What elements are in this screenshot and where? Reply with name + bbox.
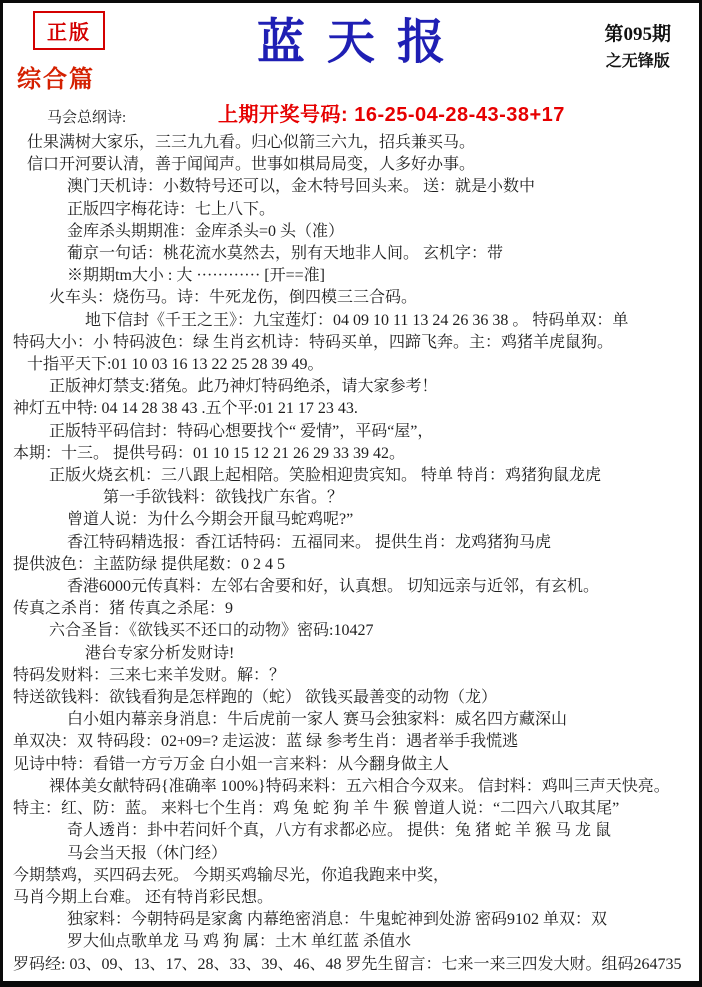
issue-block: 第095期 之无锋版: [604, 19, 671, 71]
text-line: 葡京一句话：桃花流水莫然去，别有天地非人间。 玄机字：带: [9, 243, 695, 265]
text-line: 单双决：双 特码段：02+09=? 走运波：蓝 绿 参考生肖：遇者举手我慌逃: [9, 731, 695, 753]
report-header: 正版 蓝天报 第095期 之无锋版 综合篇 马会总纲诗: 上期开奖号码: 16-…: [3, 3, 699, 131]
text-line: 白小姐内幕亲身消息：牛后虎前一家人 赛马会独家料：威名四方藏深山: [9, 709, 695, 731]
text-line: 特码大小：小 特码波色：绿 生肖玄机诗：特码买单，四蹄飞奔。主：鸡猪羊虎鼠狗。: [9, 332, 695, 354]
text-line: 提供波色：主蓝防绿 提供尾数：0 2 4 5: [9, 554, 695, 576]
text-line: 裸体美女献特码{准确率 100%}特码来料：五六相合今双来。 信封料：鸡叫三声天…: [9, 776, 695, 798]
text-line: 信口开河要认清，善于闻闻声。世事如棋局局变，人多好办事。: [9, 154, 695, 176]
report-page: 正版 蓝天报 第095期 之无锋版 综合篇 马会总纲诗: 上期开奖号码: 16-…: [0, 0, 702, 987]
text-line: 特主：红、防：蓝。 来料七个生肖：鸡 兔 蛇 狗 羊 牛 猴 曾道人说：“二四六…: [9, 798, 695, 820]
edition-name: 之无锋版: [604, 48, 671, 71]
issue-number: 第095期: [604, 19, 671, 46]
text-line: 今期禁鸡，买四码去死。 今期买鸡输尽光，你追我跑来中奖，: [9, 865, 695, 887]
text-line: 地下信封《千王之王》：九宝莲灯：04 09 10 11 13 24 26 36 …: [9, 310, 695, 332]
text-line: 澳门天机诗：小数特号还可以，金木特号回头来。 送：就是小数中: [9, 176, 695, 198]
text-line: 神灯五中特: 04 14 28 38 43 .五个平:01 21 17 23 4…: [9, 398, 695, 420]
text-line: 马会当天报（休门经）: [9, 843, 695, 865]
text-line: 正版四字梅花诗：七上八下。: [9, 199, 695, 221]
text-line: 仕果满树大家乐，三三九九看。归心似箭三六九，招兵兼买马。: [9, 132, 695, 154]
text-line: 特码发财料：三来七来羊发财。解：？: [9, 665, 695, 687]
text-line: 六合圣旨：《欲钱买不还口的动物》密码:10427: [9, 620, 695, 642]
text-line: 特送欲钱料：欲钱看狗是怎样跑的（蛇） 欲钱买最善变的动物（龙）: [9, 687, 695, 709]
text-line: 本期：十三。 提供号码：01 10 15 12 21 26 29 33 39 4…: [9, 443, 695, 465]
text-line: 香港6000元传真料：左邻右舍要和好，认真想。 切知远亲与近邻，有玄机。: [9, 576, 695, 598]
text-line: ※期期tm大小 : 大 ············ [开==准]: [9, 265, 695, 287]
text-line: 金库杀头期期准：金库杀头=0 头（准）: [9, 221, 695, 243]
text-line: 马肖今期上台难。 还有特肖彩民想。: [9, 887, 695, 909]
body-lines: 仕果满树大家乐，三三九九看。归心似箭三六九，招兵兼买马。信口开河要认清，善于闻闻…: [9, 132, 695, 976]
report-title: 蓝天报: [3, 3, 699, 72]
text-line: 火车头：烧伤马。诗：牛死龙伤，倒四模三三合码。: [9, 287, 695, 309]
section-title: 综合篇: [17, 59, 95, 94]
text-line: 正版神灯禁支:猪兔。此乃神灯特码绝杀，请大家参考！: [9, 376, 695, 398]
text-line: 正版特平码信封：特码心想要找个“ 爱情”，平码“屋”，: [9, 421, 695, 443]
text-line: 传真之杀肖：猪 传真之杀尾：9: [9, 598, 695, 620]
text-line: 见诗中特：看错一方亏万金 白小姐一言来料：从今翻身做主人: [9, 754, 695, 776]
text-line: 正版火烧玄机：三八跟上起相陪。笑脸相迎贵宾知。 特单 特肖：鸡猪狗鼠龙虎: [9, 465, 695, 487]
last-draw-numbers: 上期开奖号码: 16-25-04-28-43-38+17: [218, 98, 565, 127]
text-line: 罗码经: 03、09、13、17、28、33、39、46、48 罗先生留言：七来…: [9, 954, 695, 976]
text-line: 奇人透肖：卦中若问奷个真，八方有求都必应。 提供：兔 猪 蛇 羊 猴 马 龙 鼠: [9, 820, 695, 842]
text-line: 十指平天下:01 10 03 16 13 22 25 28 39 49。: [9, 354, 695, 376]
text-line: 第一手欲钱料：欲钱找广东省。？: [9, 487, 695, 509]
text-line: 独家料：今朝特码是家禽 内幕绝密消息：牛鬼蛇神到处游 密码9102 单双：双: [9, 909, 695, 931]
text-line: 曾道人说：为什么今期会开鼠马蛇鸡呢?”: [9, 509, 695, 531]
text-line: 香江特码精选报：香江话特码：五福同来。 提供生肖：龙鸡猪狗马虎: [9, 532, 695, 554]
intro-label: 马会总纲诗:: [47, 106, 126, 127]
text-line: 港台专家分析发财诗!: [9, 643, 695, 665]
text-line: 罗大仙点歌单龙 马 鸡 狗 属：土木 单红蓝 杀值水: [9, 931, 695, 953]
